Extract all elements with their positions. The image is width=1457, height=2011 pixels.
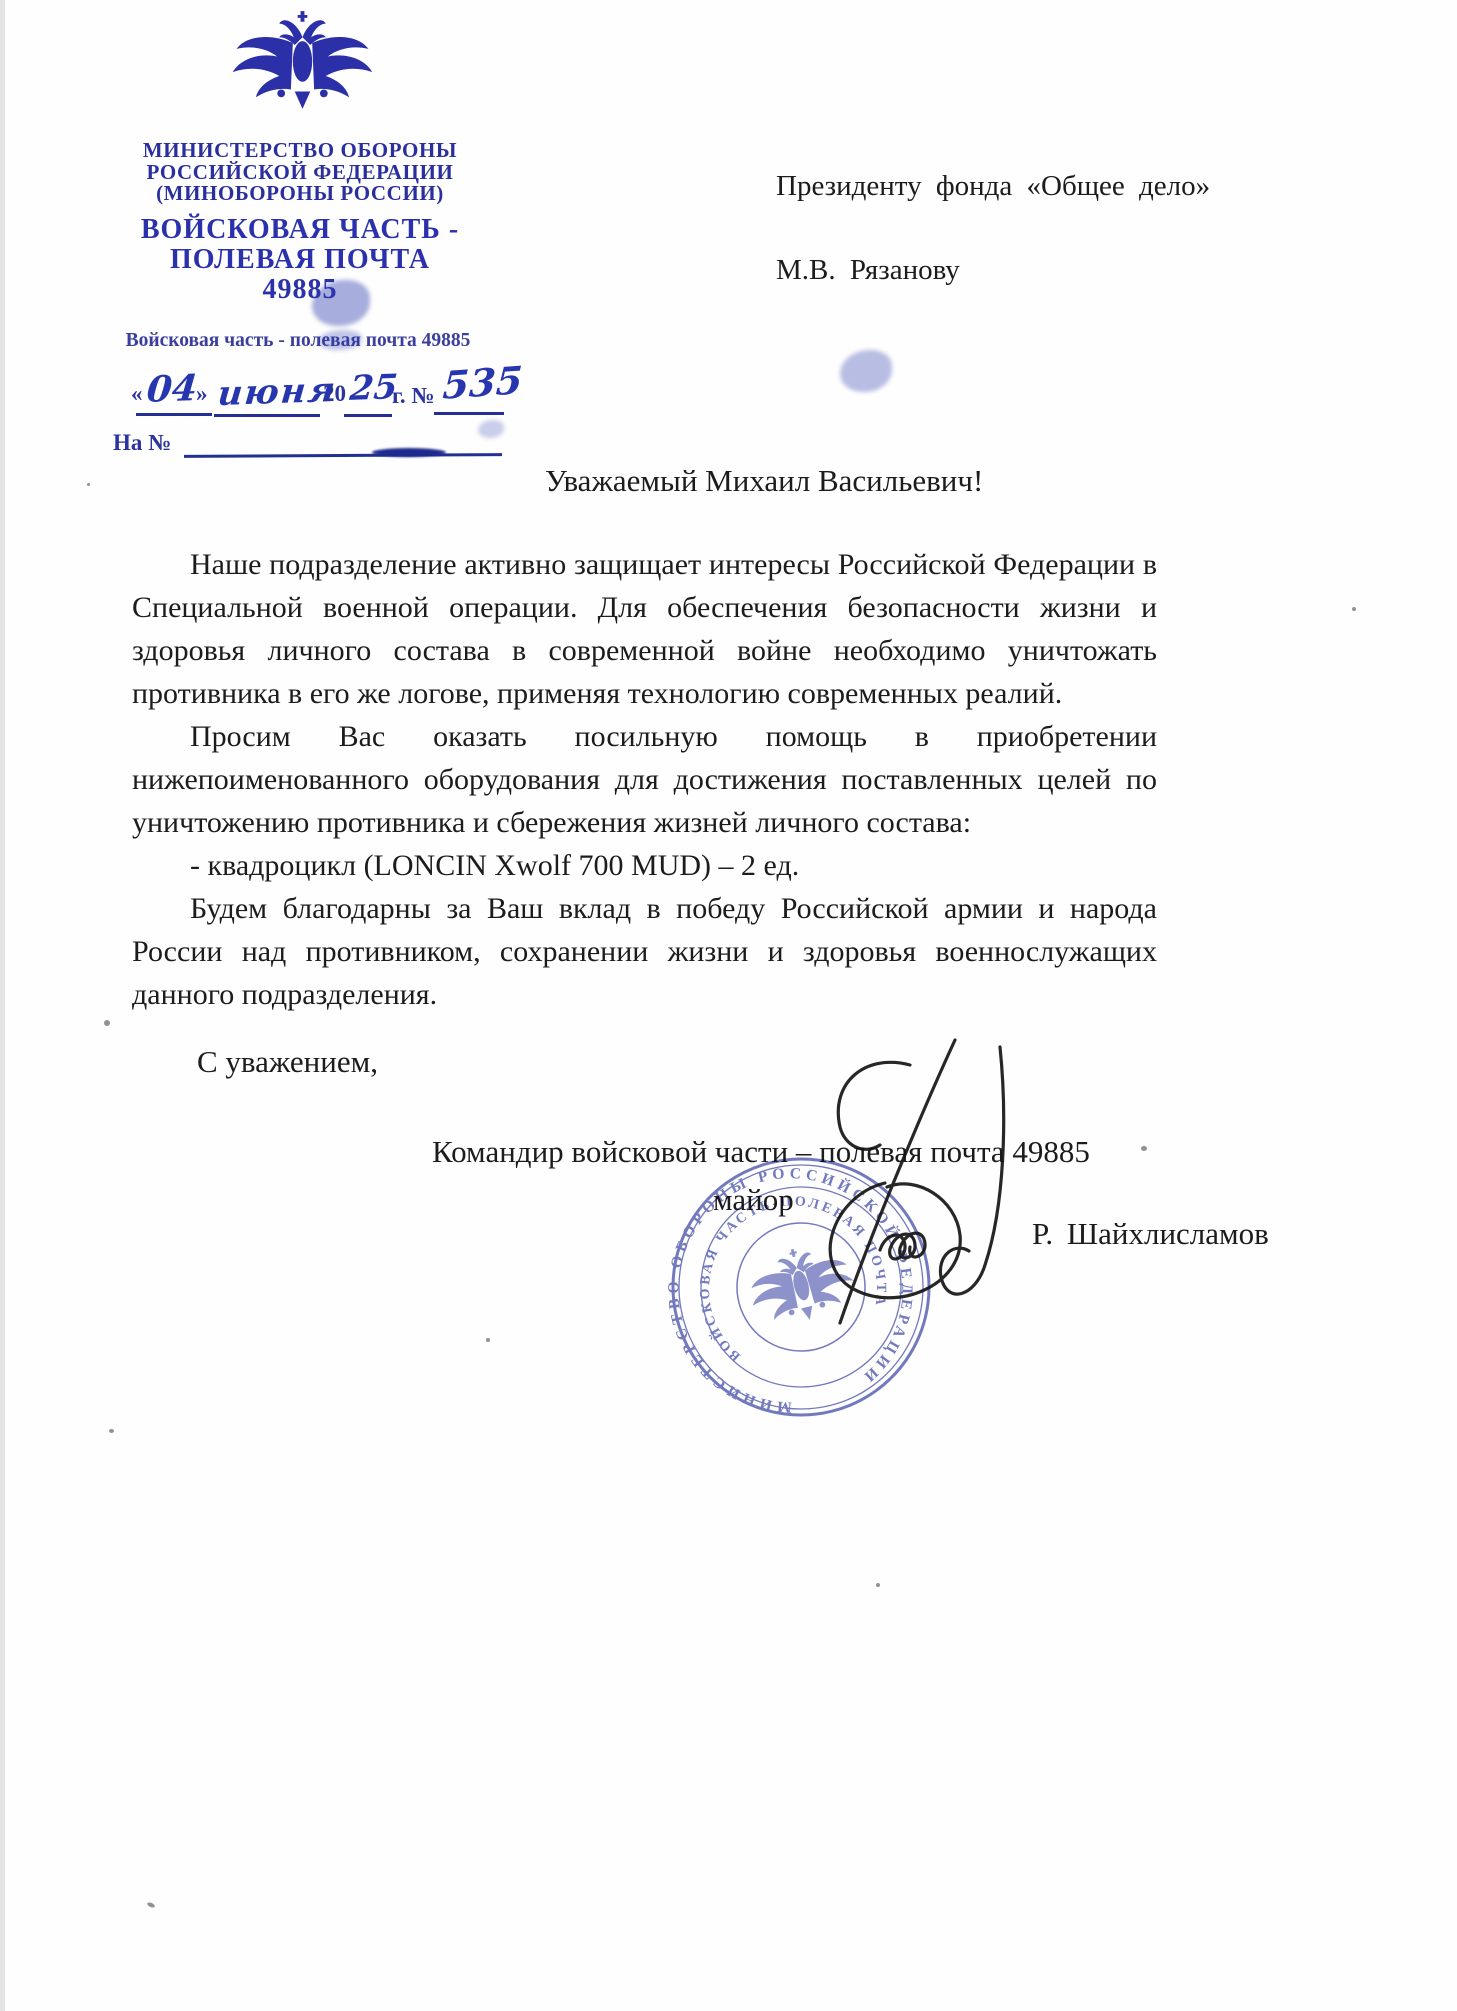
ministry-line-1: МИНИСТЕРСТВО ОБОРОНЫ xyxy=(95,140,505,162)
date-number-underline xyxy=(434,412,504,415)
signer-name: Р. Шайхлисламов xyxy=(1032,1216,1269,1252)
unit-line-2: ПОЛЕВАЯ ПОЧТА xyxy=(95,245,505,275)
ink-smudge-number xyxy=(478,420,504,438)
scan-speck xyxy=(1352,607,1356,611)
scan-speck xyxy=(876,1583,880,1587)
ink-smudge-date-right xyxy=(840,350,892,392)
date-open-quote: « xyxy=(131,381,143,407)
addressee-line1: Президенту фонда «Общее дело» xyxy=(776,170,1210,203)
scan-edge-artifact xyxy=(0,0,5,2011)
ink-smudge-ref-line xyxy=(372,448,446,457)
scan-speck xyxy=(486,1338,490,1342)
signature-ink-icon xyxy=(655,1035,1035,1335)
unit-small-print: Войсковая часть - полевая почта 49885 xyxy=(88,330,508,352)
scan-speck xyxy=(1141,1146,1147,1151)
equipment-item: - квадроцикл (LONCIN Xwolf 700 MUD) – 2 … xyxy=(132,844,1157,887)
handwritten-signature xyxy=(655,1035,1035,1335)
salutation: Уважаемый Михаил Васильевич! xyxy=(545,463,983,499)
addressee-line2: М.В. Рязанову xyxy=(776,254,960,287)
date-day-underline xyxy=(136,413,212,416)
date-suffix: г. № xyxy=(392,383,434,409)
body-paragraph-2: Просим Вас оказать посильную помощь в пр… xyxy=(132,715,1157,844)
unit-line-1: ВОЙСКОВАЯ ЧАСТЬ - xyxy=(95,215,505,245)
ministry-line-2: РОССИЙСКОЙ ФЕДЕРАЦИИ xyxy=(95,162,505,184)
date-month: июня xyxy=(216,370,339,414)
date-close-quote: » xyxy=(196,381,208,407)
ref-underline xyxy=(184,453,502,458)
valediction: С уважением, xyxy=(197,1044,378,1080)
scan-speck xyxy=(104,1020,110,1026)
date-number: 535 xyxy=(442,357,524,407)
scan-speck xyxy=(147,1901,156,1908)
ink-smudge-letterhead xyxy=(312,280,370,326)
unit-line-3: 49885 xyxy=(95,275,505,305)
letter-body: Наше подразделение активно защищает инте… xyxy=(132,543,1157,1016)
double-headed-eagle-icon xyxy=(225,8,380,111)
date-year-printed: 20 xyxy=(323,381,346,407)
date-year-underline xyxy=(344,414,392,417)
scan-speck xyxy=(109,1429,114,1433)
mod-emblem xyxy=(225,8,380,111)
scanned-letter-page: МИНИСТЕРСТВО ОБОРОНЫ РОССИЙСКОЙ ФЕДЕРАЦИ… xyxy=(0,0,1457,2011)
date-day: 04 xyxy=(145,367,199,411)
body-paragraph-1: Наше подразделение активно защищает инте… xyxy=(132,543,1157,715)
ref-number-label: На № xyxy=(113,430,171,456)
ministry-line-3: (МИНОБОРОНЫ РОССИИ) xyxy=(95,183,505,205)
date-month-underline xyxy=(214,414,320,417)
scan-speck xyxy=(87,483,90,486)
unit-name: ВОЙСКОВАЯ ЧАСТЬ - ПОЛЕВАЯ ПОЧТА 49885 xyxy=(95,215,505,305)
ministry-name: МИНИСТЕРСТВО ОБОРОНЫ РОССИЙСКОЙ ФЕДЕРАЦИ… xyxy=(95,140,505,205)
body-paragraph-3: Будем благодарны за Ваш вклад в победу Р… xyxy=(132,887,1157,1016)
